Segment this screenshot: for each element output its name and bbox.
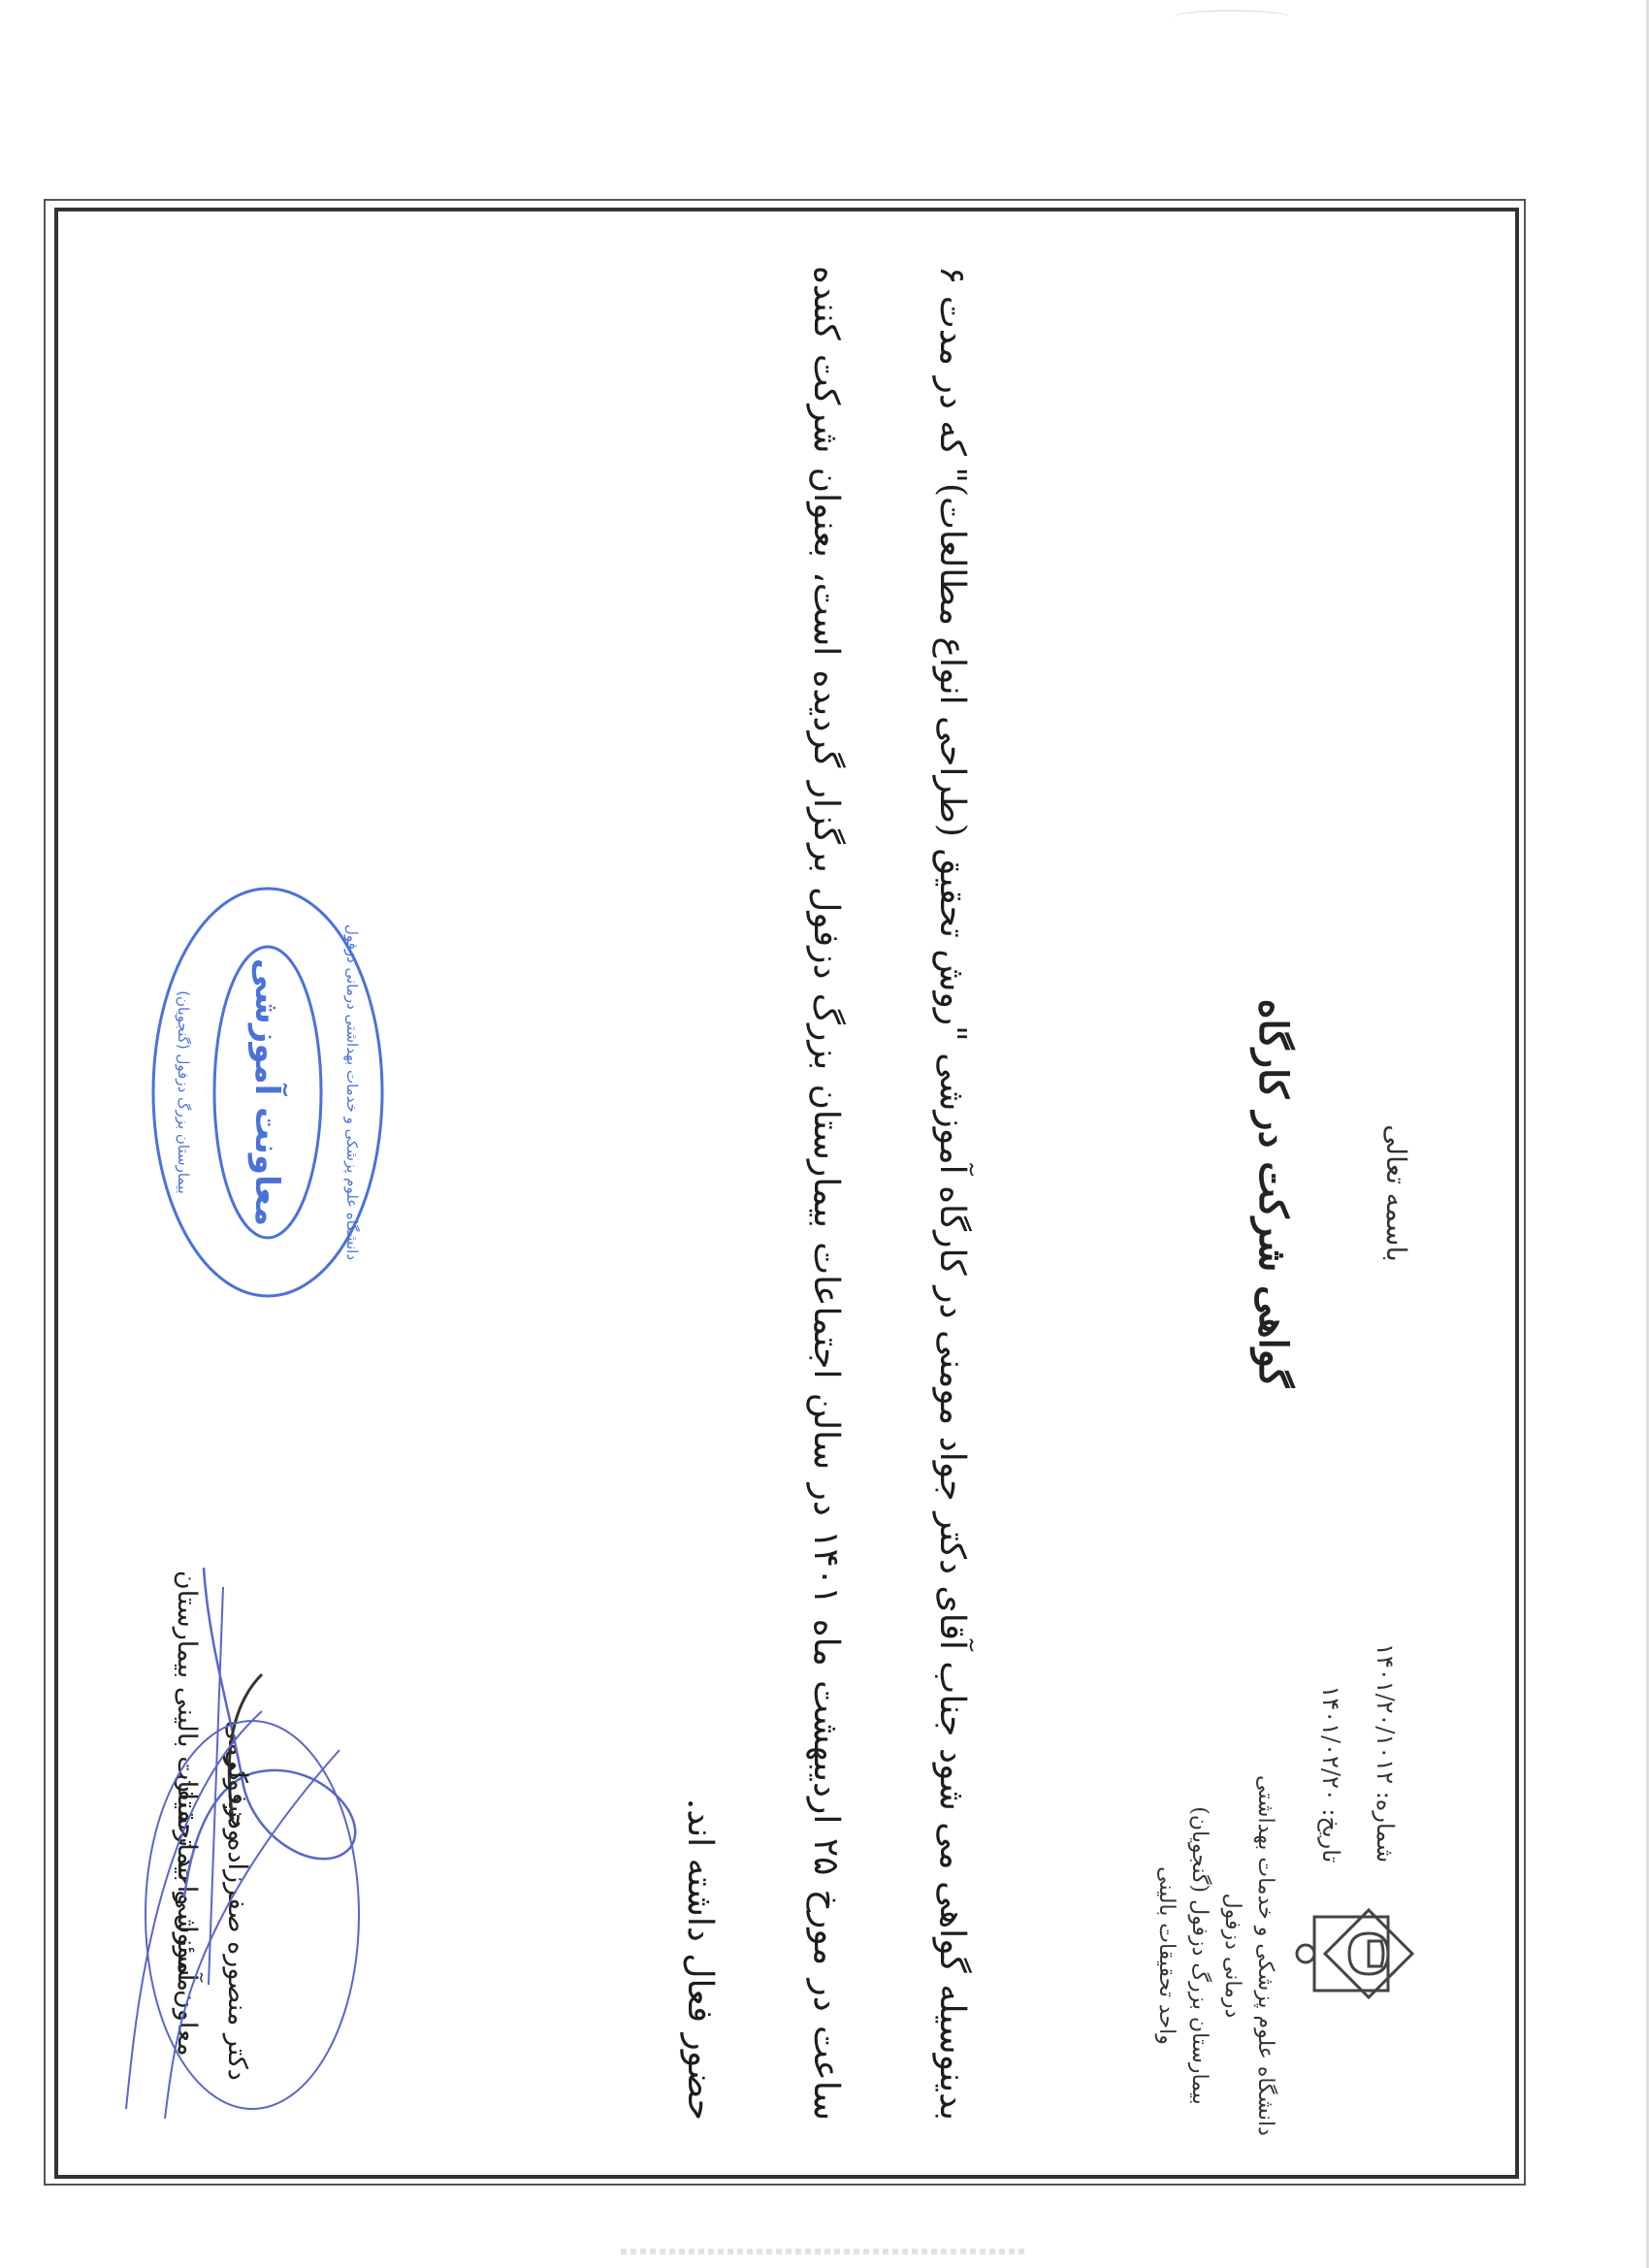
handwritten-signature [107,1692,398,2138]
official-stamp: معاونت آموزشی دانشگاه علوم پزشکی و خدمات… [142,879,394,1306]
stamp-outer-bottom: بیمارستان بزرگ دزفول (گنجویان) [175,990,192,1194]
certificate-page: دانشگاه علوم پزشکی و خدمات بهداشتی درمان… [54,208,1519,2179]
reference-date: تاریخ: ۱۴۰۱/۰۲/۲۰ [1304,1643,1358,1863]
signature-block-education-deputy: دکتر منصوره صفرزاده دزفولی معاون آموزشی … [161,1701,262,2128]
stamp-outer-top: دانشگاه علوم پزشکی و خدمات بهداشتی درمان… [342,924,361,1260]
scan-artifact [621,2249,1028,2254]
org-line-unit: واحد تحقیقات بالینی [1149,1771,1182,2140]
scan-artifact [1174,10,1290,25]
org-line-hospital: بیمارستان بزرگ دزفول (گنجویان) [1182,1771,1215,2140]
stamp-center-text: معاونت آموزشی [247,958,288,1226]
salutation: باسمه تعالی [1380,208,1412,2179]
certificate-body: بدینوسیله گواهی می شود جناب آقای دکتر جو… [636,266,1015,2121]
certificate-title: گواهی شرکت در کارگاه [1250,208,1296,2179]
